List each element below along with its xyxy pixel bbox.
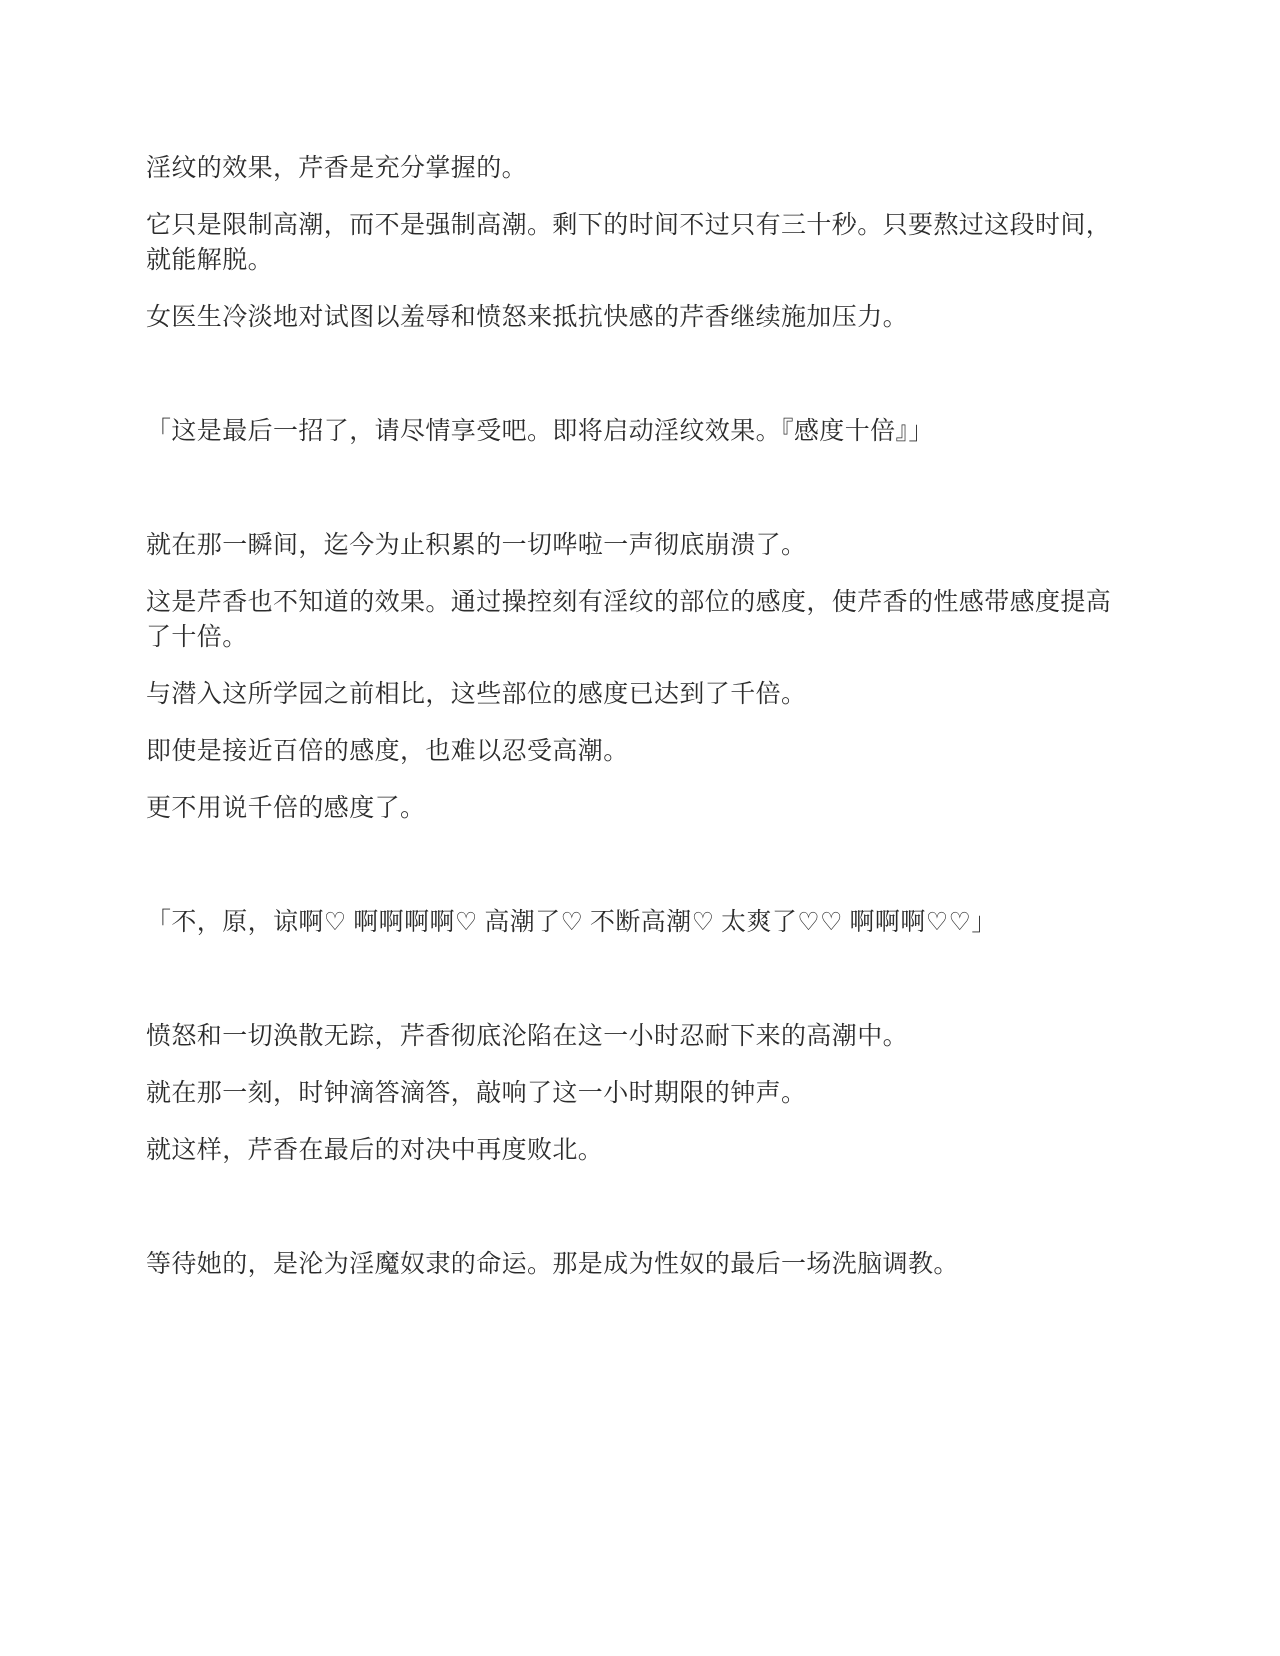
dialogue-paragraph: 「这是最后一招了，请尽情享受吧。即将启动淫纹效果。『感度十倍』」 [146, 357, 1136, 449]
paragraph: 它只是限制高潮，而不是强制高潮。剩下的时间不过只有三十秒。只要熬过这段时间，就能… [146, 208, 1136, 278]
paragraph: 即使是接近百倍的感度，也难以忍受高潮。 [146, 734, 1136, 769]
paragraph: 淫纹的效果，芹香是充分掌握的。 [146, 151, 1136, 186]
paragraph: 女医生冷淡地对试图以羞辱和愤怒来抵抗快感的芹香继续施加压力。 [146, 300, 1136, 335]
paragraph: 愤怒和一切涣散无踪，芹香彻底沦陷在这一小时忍耐下来的高潮中。 [146, 962, 1136, 1054]
paragraph: 等待她的，是沦为淫魔奴隶的命运。那是成为性奴的最后一场洗脑调教。 [146, 1190, 1136, 1282]
document-page: 淫纹的效果，芹香是充分掌握的。它只是限制高潮，而不是强制高潮。剩下的时间不过只有… [0, 0, 1280, 1656]
document-body: 淫纹的效果，芹香是充分掌握的。它只是限制高潮，而不是强制高潮。剩下的时间不过只有… [146, 151, 1136, 1304]
paragraph: 与潜入这所学园之前相比，这些部位的感度已达到了千倍。 [146, 677, 1136, 712]
dialogue-paragraph: 「不，原，谅啊♡ 啊啊啊啊♡ 高潮了♡ 不断高潮♡ 太爽了♡♡ 啊啊啊♡♡」 [146, 848, 1136, 940]
paragraph: 就这样，芹香在最后的对决中再度败北。 [146, 1133, 1136, 1168]
paragraph: 这是芹香也不知道的效果。通过操控刻有淫纹的部位的感度，使芹香的性感带感度提高了十… [146, 585, 1136, 655]
paragraph: 就在那一瞬间，迄今为止积累的一切哗啦一声彻底崩溃了。 [146, 471, 1136, 563]
paragraph: 更不用说千倍的感度了。 [146, 791, 1136, 826]
paragraph: 就在那一刻，时钟滴答滴答，敲响了这一小时期限的钟声。 [146, 1076, 1136, 1111]
